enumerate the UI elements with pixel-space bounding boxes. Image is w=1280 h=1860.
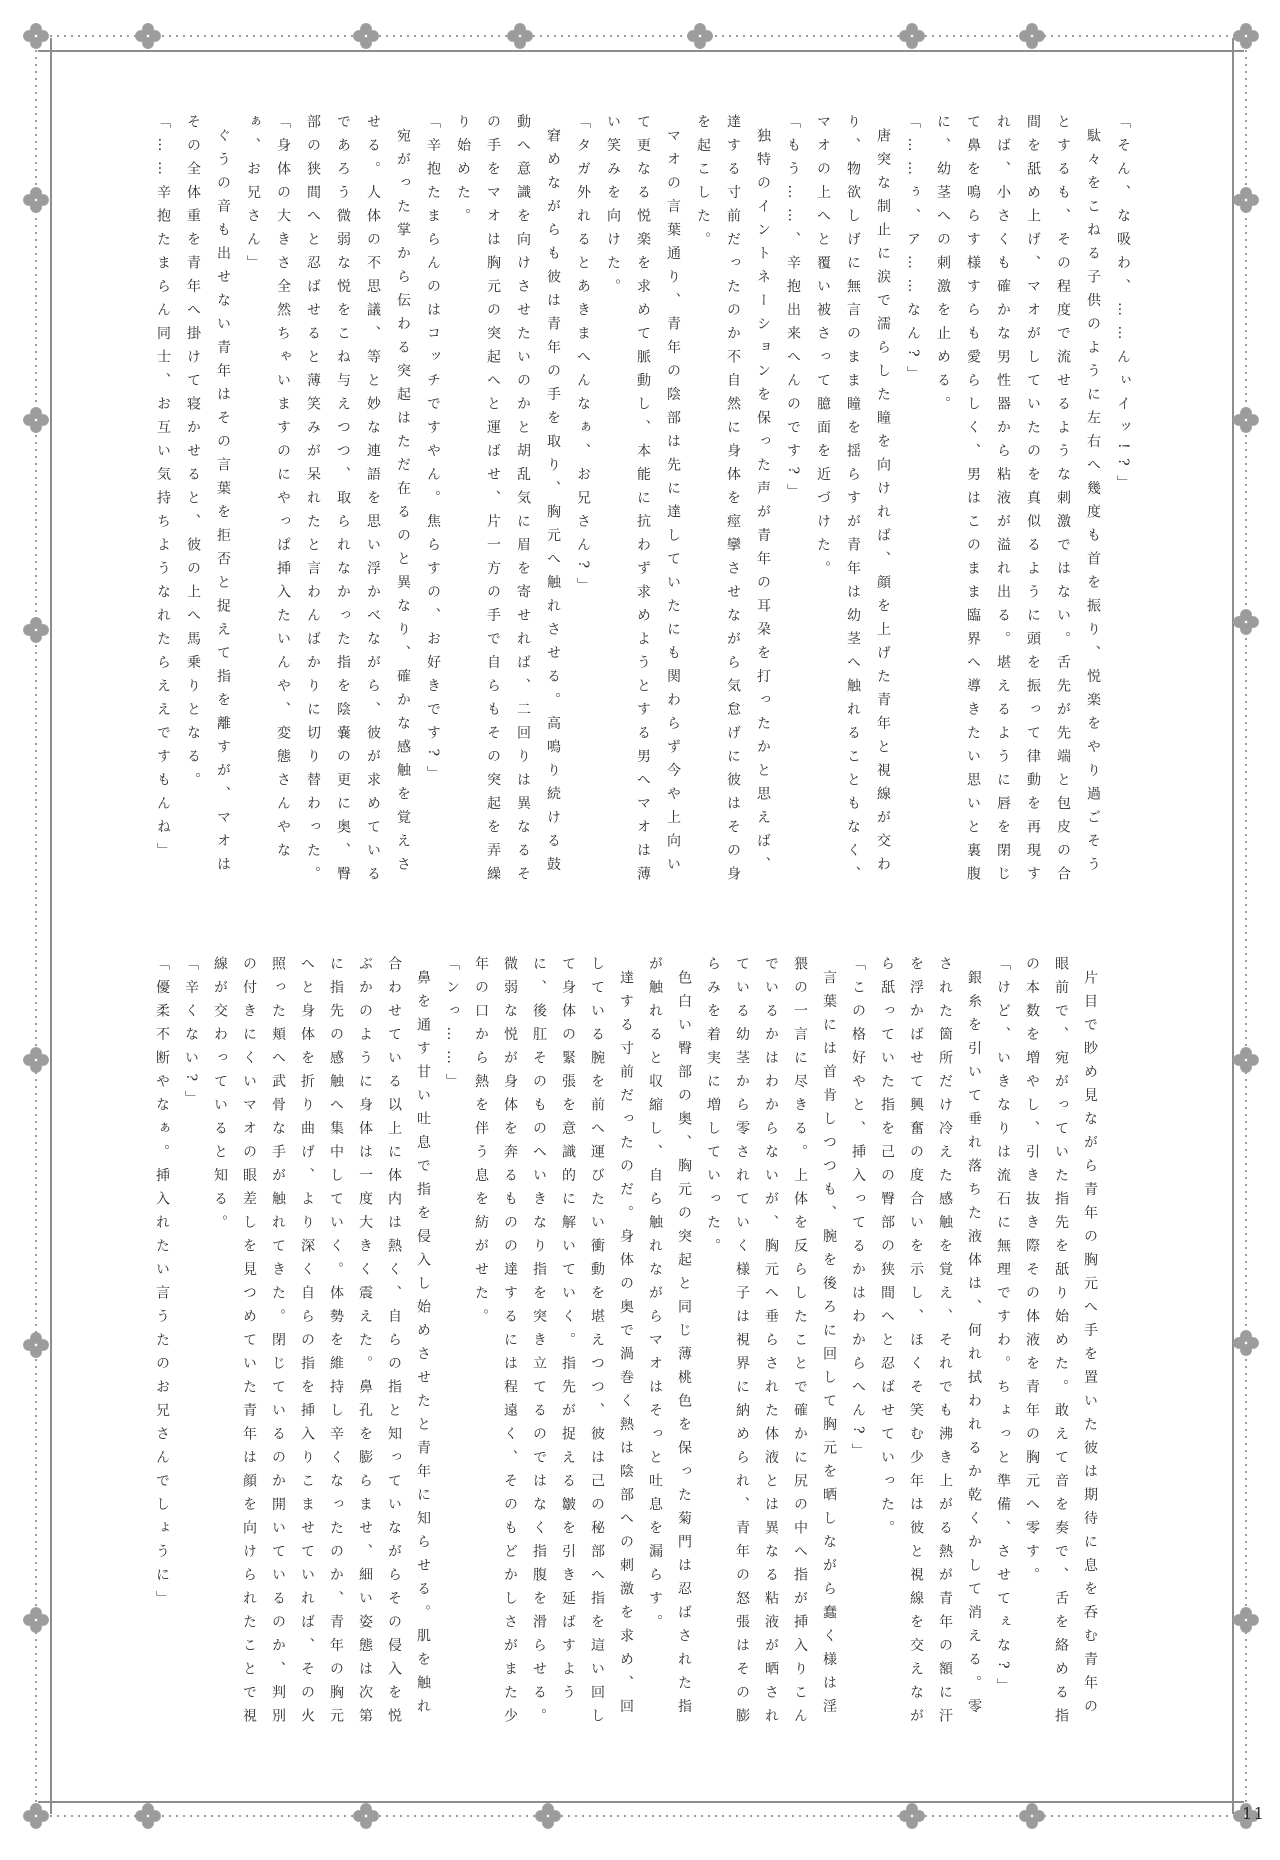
paragraph-dialogue: 「タガ外れるとあきまへんなぁ、お兄さん?」 [568, 114, 598, 892]
clover-flower-icon [135, 1803, 161, 1829]
dotted-border-right [1245, 36, 1247, 1816]
clover-flower-icon [23, 1047, 49, 1073]
paragraph-narration: ぐうの音も出せない青年はその言葉を拒否と捉えて指を離すが、マオはその全体重を青年… [178, 114, 238, 892]
frame-left-line [50, 38, 52, 1814]
clover-flower-icon [23, 23, 49, 49]
clover-flower-icon [1019, 23, 1045, 49]
clover-flower-icon [353, 23, 379, 49]
clover-flower-icon [1233, 187, 1259, 213]
clover-flower-icon [23, 407, 49, 433]
clover-flower-icon [23, 1607, 49, 1633]
frame-bottom-line [38, 1801, 1244, 1803]
paragraph-dialogue: 「もう……、辛抱出来へんのです?」 [778, 114, 808, 892]
paragraph-narration: 駄々をこねる子供のように左右へ幾度も首を振り、悦楽をやり過ごそうとするも、その程… [928, 114, 1108, 892]
clover-flower-icon [1233, 1047, 1259, 1073]
clover-flower-icon [1019, 1803, 1045, 1829]
paragraph-dialogue: 「辛抱たまらんのはコッチですやん。焦らすの、お好きです?」 [418, 114, 448, 892]
paragraph-narration: 達する寸前だったのだ。身体の奥で渦巻く熱は陰部への刺激を求め、回している腕を前へ… [466, 956, 640, 1734]
clover-flower-icon [1233, 1330, 1259, 1356]
paragraph-narration: 言葉には首肯しつつも、腕を後ろに回して胸元を晒しながら蠢く様は淫猥の一言に尽きる… [698, 956, 843, 1734]
paragraph-dialogue: 「優柔不断やなぁ。挿入れたい言うたのお兄さんでしょうに」 [147, 956, 176, 1734]
clover-flower-icon [353, 1803, 379, 1829]
clover-flower-icon [1233, 407, 1259, 433]
clover-flower-icon [899, 23, 925, 49]
clover-flower-icon [23, 187, 49, 213]
clover-flower-icon [899, 1803, 925, 1829]
frame-top-line [38, 50, 1244, 52]
paragraph-narration: 窘めながらも彼は青年の手を取り、胸元へ触れさせる。高鳴り続ける鼓動へ意識を向けさ… [448, 114, 568, 892]
clover-flower-icon [507, 23, 533, 49]
clover-flower-icon [1233, 1607, 1259, 1633]
clover-flower-icon [135, 23, 161, 49]
paragraph-dialogue: 「身体の大きさ全然ちゃいますのにやっぱ挿入たいんや、変態さんやなぁ、お兄さん」 [238, 114, 298, 892]
dotted-border-left [35, 36, 37, 1816]
clover-flower-icon [1233, 609, 1259, 635]
paragraph-dialogue: 「……ぅ、ア……なん?」 [898, 114, 928, 892]
clover-flower-icon [23, 617, 49, 643]
clover-flower-icon [687, 23, 713, 49]
dotted-border-bottom [36, 1815, 1246, 1817]
paragraph-narration: 銀糸を引いて垂れ落ちた液体は、何れ拭われるか乾くかして消える。零された箇所だけ冷… [872, 956, 988, 1734]
paragraph-narration: 鼻を通す甘い吐息で指を侵入し始めさせたと青年に知らせる。肌を触れ合わせている以上… [205, 956, 437, 1734]
text-block-bottom: 片目で眇め見ながら青年の胸元へ手を置いた彼は期待に息を呑む青年の眼前で、宛がって… [147, 956, 1104, 1734]
paragraph-narration: 独特のイントネーションを保った声が青年の耳朶を打ったかと思えば、達する寸前だった… [688, 114, 778, 892]
paragraph-narration: 片目で眇め見ながら青年の胸元へ手を置いた彼は期待に息を呑む青年の眼前で、宛がって… [1017, 956, 1104, 1734]
text-block-top: 「そん、な吸わ、……んぃイッ!?」駄々をこねる子供のように左右へ幾度も首を振り、… [148, 114, 1138, 892]
paragraph-narration: マオの言葉通り、青年の陰部は先に達していたにも関わらず今や上向いて更なる悦楽を求… [598, 114, 688, 892]
paragraph-dialogue: 「ンっ……」 [437, 956, 466, 1734]
clover-flower-icon [23, 1803, 49, 1829]
paragraph-narration: 唐突な制止に涙で濡らした瞳を向ければ、顔を上げた青年と視線が交わり、物欲しげに無… [808, 114, 898, 892]
clover-flower-icon [1233, 23, 1259, 49]
paragraph-dialogue: 「この格好やと、挿入ってるかはわからへん?」 [843, 956, 872, 1734]
page-number: 11 [1242, 1804, 1265, 1823]
paragraph-dialogue: 「……辛抱たまらん同士、お互い気持ちようなれたらええですもんね」 [148, 114, 178, 892]
frame-right-line [1232, 38, 1234, 1814]
clover-flower-icon [23, 1332, 49, 1358]
paragraph-dialogue: 「そん、な吸わ、……んぃイッ!?」 [1108, 114, 1138, 892]
clover-flower-icon [535, 1803, 561, 1829]
paragraph-narration: 宛がった掌から伝わる突起はただ在るのと異なり、確かな感触を覚えさせる。人体の不思… [298, 114, 418, 892]
paragraph-dialogue: 「辛くない?」 [176, 956, 205, 1734]
paragraph-narration: 色白い臀部の奥、胸元の突起と同じ薄桃色を保った菊門は忍ばされた指が触れると収縮し… [640, 956, 698, 1734]
dotted-border-top [36, 35, 1246, 37]
paragraph-dialogue: 「けど、いきなりは流石に無理ですわ。ちょっと準備、させてぇな?」 [988, 956, 1017, 1734]
